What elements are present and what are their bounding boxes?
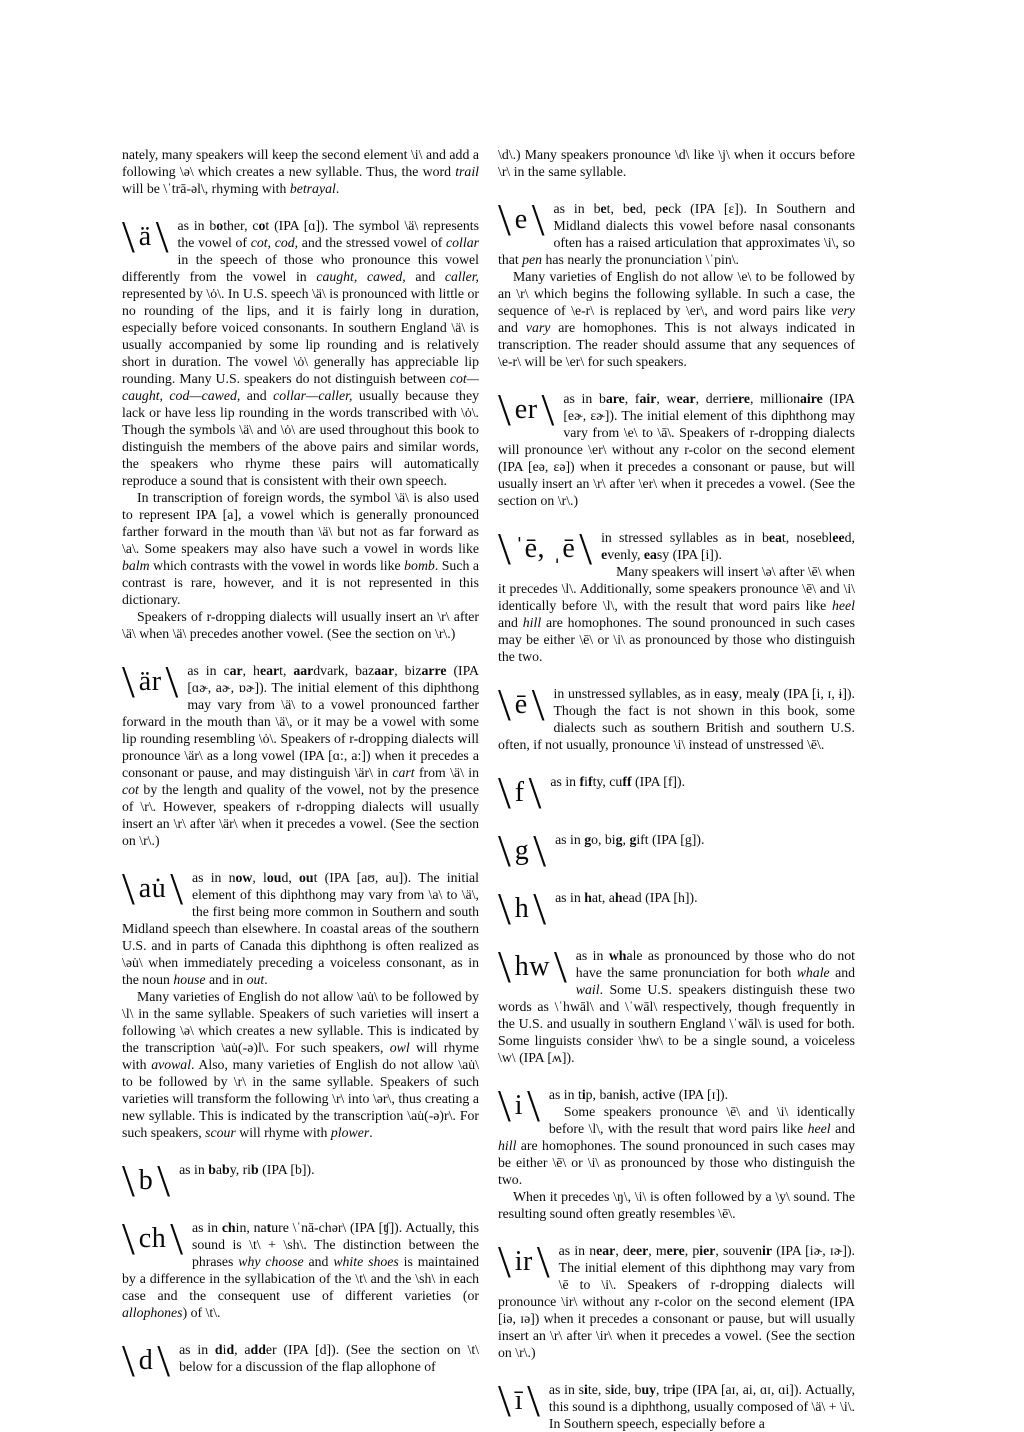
backslash-glyph: \ (498, 1243, 511, 1280)
entry-e: \e\ as in bet, bed, peck (IPA [ɛ]). In S… (498, 200, 855, 370)
pronunciation-symbol: \er\ (498, 391, 554, 428)
entry-hw: \hw\ as in whale as pronounced by those … (498, 947, 855, 1066)
pronunciation-symbol: \g\ (498, 832, 546, 869)
symbol-letters: i (511, 1087, 527, 1124)
backslash-glyph: \ (166, 663, 179, 700)
continuation-paragraph: \d\.) Many speakers pronounce \d\ like \… (498, 146, 855, 180)
entry-ch: \ch\ as in chin, nature \ˈnā-chər\ (IPA … (122, 1219, 479, 1321)
backslash-glyph: \ (122, 1162, 135, 1199)
backslash-glyph: \ (122, 870, 135, 907)
backslash-glyph: \ (157, 1342, 170, 1379)
symbol-letters: f (511, 774, 529, 811)
backslash-glyph: \ (529, 774, 542, 811)
backslash-glyph: \ (122, 663, 135, 700)
backslash-glyph: \ (533, 832, 546, 869)
backslash-glyph: \ (122, 218, 135, 255)
pronunciation-symbol: \i\ (498, 1087, 540, 1124)
entry-a-umlaut: \ä\ as in bother, cot (IPA [ɑ]). The sym… (122, 217, 479, 642)
symbol-letters: ir (511, 1243, 537, 1280)
pronunciation-symbol: \e\ (498, 201, 545, 238)
backslash-glyph: \ (498, 201, 511, 238)
entry-d: \d\ as in did, adder (IPA [d]). (See the… (122, 1341, 479, 1379)
backslash-glyph: \ (537, 1243, 550, 1280)
entry-paragraph: as in go, big, gift (IPA [g]). (498, 831, 855, 848)
entry-g: \g\ as in go, big, gift (IPA [g]). (498, 831, 855, 869)
backslash-glyph: \ (498, 948, 511, 985)
backslash-glyph: \ (498, 1382, 511, 1419)
entry-b: \b\ as in baby, rib (IPA [b]). (122, 1161, 479, 1199)
backslash-glyph: \ (122, 1342, 135, 1379)
entry-paragraph: as in bet, bed, peck (IPA [ɛ]). In South… (498, 200, 855, 268)
pronunciation-symbol: \hw\ (498, 948, 567, 985)
pronunciation-guide-page: nately, many speakers will keep the seco… (122, 146, 855, 1432)
symbol-letters: ˈē, ˌē (511, 530, 580, 567)
entry-paragraph: as in baby, rib (IPA [b]). (122, 1161, 479, 1178)
entry-paragraph: as in did, adder (IPA [d]). (See the sec… (122, 1341, 479, 1375)
backslash-glyph: \ (579, 530, 592, 567)
pronunciation-symbol: \d\ (122, 1342, 170, 1379)
backslash-glyph: \ (170, 1220, 183, 1257)
entry-paragraph: When it precedes \ŋ\, \i\ is often follo… (498, 1188, 855, 1222)
entry-ir: \ir\ as in near, deer, mere, pier, souve… (498, 1242, 855, 1361)
backslash-glyph: \ (498, 890, 511, 927)
backslash-glyph: \ (498, 832, 511, 869)
pronunciation-symbol: \är\ (122, 663, 178, 700)
symbol-letters: hw (511, 948, 554, 985)
symbol-letters: au̇ (135, 870, 170, 907)
entry-paragraph: as in tip, banish, active (IPA [ɪ]). (498, 1086, 855, 1103)
symbol-letters: b (135, 1162, 158, 1199)
entry-paragraph: as in site, side, buy, tripe (IPA [aɪ, a… (498, 1381, 855, 1432)
entry-paragraph: as in bother, cot (IPA [ɑ]). The symbol … (122, 217, 479, 489)
symbol-letters: g (511, 832, 534, 869)
symbol-letters: d (135, 1342, 158, 1379)
backslash-glyph: \ (527, 1087, 540, 1124)
two-column-layout: nately, many speakers will keep the seco… (122, 146, 855, 1432)
symbol-letters: är (135, 663, 166, 700)
entry-paragraph: in unstressed syllables, as in easy, mea… (498, 685, 855, 753)
entry-ar: \är\ as in car, heart, aardvark, bazaar,… (122, 662, 479, 849)
entry-paragraph: Some speakers pronounce \ē\ and \i\ iden… (498, 1103, 855, 1188)
entry-paragraph: Many speakers will insert \ə\ after \ē\ … (498, 563, 855, 665)
entry-i-bar: \ī\ as in site, side, buy, tripe (IPA [a… (498, 1381, 855, 1432)
backslash-glyph: \ (532, 201, 545, 238)
backslash-glyph: \ (498, 1087, 511, 1124)
backslash-glyph: \ (157, 1162, 170, 1199)
entry-paragraph: as in hat, ahead (IPA [h]). (498, 889, 855, 906)
entry-paragraph: Many varieties of English do not allow \… (498, 268, 855, 370)
entry-f: \f\ as in fifty, cuff (IPA [f]). (498, 773, 855, 811)
backslash-glyph: \ (542, 391, 555, 428)
pronunciation-symbol: \ˈē, ˌē\ (498, 530, 592, 567)
backslash-glyph: \ (170, 870, 183, 907)
symbol-letters: ch (135, 1220, 170, 1257)
symbol-letters: ä (135, 218, 156, 255)
backslash-glyph: \ (554, 948, 567, 985)
entry-i: \i\ as in tip, banish, active (IPA [ɪ]).… (498, 1086, 855, 1222)
backslash-glyph: \ (498, 391, 511, 428)
entry-paragraph: Speakers of r-dropping dialects will usu… (122, 608, 479, 642)
pronunciation-symbol: \au̇\ (122, 870, 183, 907)
pronunciation-symbol: \ē\ (498, 686, 545, 723)
backslash-glyph: \ (527, 1382, 540, 1419)
entry-paragraph: Many varieties of English do not allow \… (122, 988, 479, 1141)
symbol-letters: h (511, 890, 534, 927)
entry-h: \h\ as in hat, ahead (IPA [h]). (498, 889, 855, 927)
symbol-letters: ē (511, 686, 532, 723)
entry-paragraph: as in fifty, cuff (IPA [f]). (498, 773, 855, 790)
backslash-glyph: \ (532, 686, 545, 723)
entry-paragraph: as in near, deer, mere, pier, souvenir (… (498, 1242, 855, 1361)
entry-paragraph: In transcription of foreign words, the s… (122, 489, 479, 608)
symbol-letters: e (511, 201, 532, 238)
right-column: \d\.) Many speakers pronounce \d\ like \… (498, 146, 855, 1432)
pronunciation-symbol: \ch\ (122, 1220, 183, 1257)
backslash-glyph: \ (122, 1220, 135, 1257)
symbol-letters: er (511, 391, 542, 428)
entry-e-bar-unstressed: \ē\ in unstressed syllables, as in easy,… (498, 685, 855, 753)
pronunciation-symbol: \ī\ (498, 1382, 540, 1419)
backslash-glyph: \ (498, 530, 511, 567)
backslash-glyph: \ (498, 686, 511, 723)
pronunciation-symbol: \ir\ (498, 1243, 550, 1280)
entry-au: \au̇\ as in now, loud, out (IPA [aʊ, au]… (122, 869, 479, 1141)
entry-e-bar-stressed: \ˈē, ˌē\ in stressed syllables as in bea… (498, 529, 855, 665)
left-column: nately, many speakers will keep the seco… (122, 146, 479, 1432)
pronunciation-symbol: \ä\ (122, 218, 169, 255)
backslash-glyph: \ (498, 774, 511, 811)
backslash-glyph: \ (156, 218, 169, 255)
symbol-letters: ī (511, 1382, 527, 1419)
pronunciation-symbol: \b\ (122, 1162, 170, 1199)
entry-er: \er\ as in bare, fair, wear, derriere, m… (498, 390, 855, 509)
pronunciation-symbol: \f\ (498, 774, 541, 811)
pronunciation-symbol: \h\ (498, 890, 546, 927)
continuation-paragraph: nately, many speakers will keep the seco… (122, 146, 479, 197)
backslash-glyph: \ (533, 890, 546, 927)
